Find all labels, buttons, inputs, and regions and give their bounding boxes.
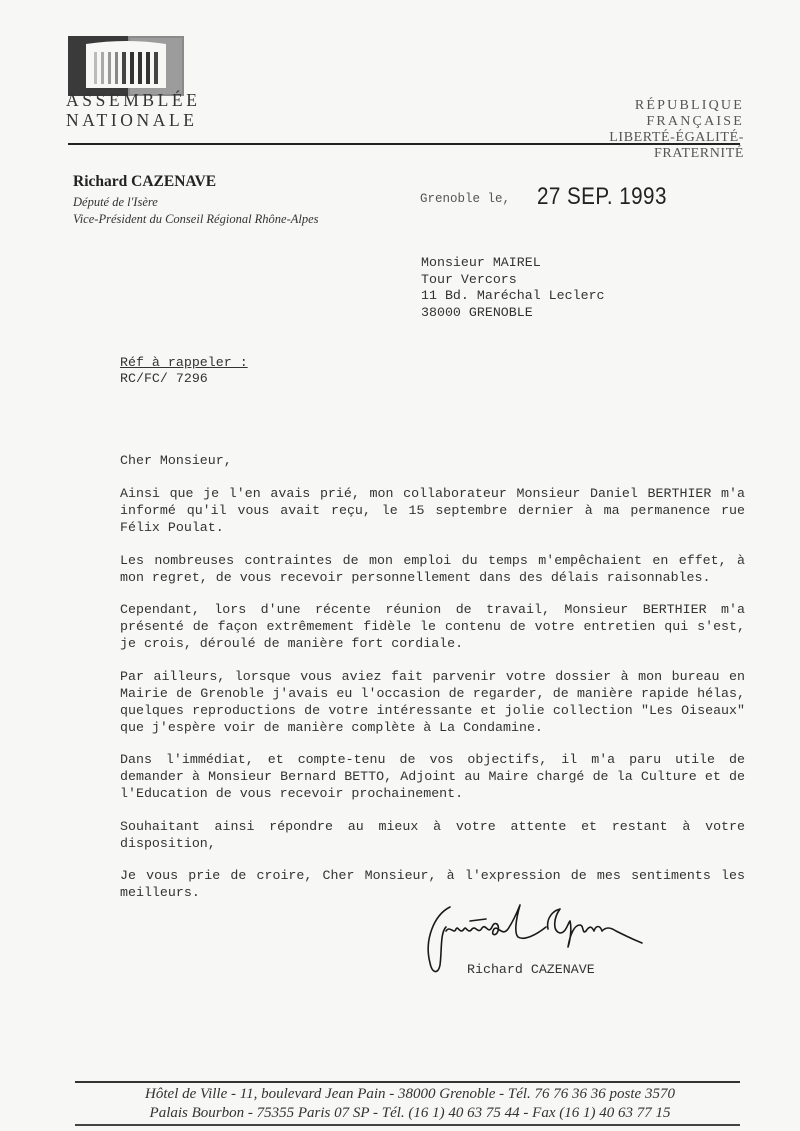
sender-name: Richard CAZENAVE (73, 173, 216, 191)
republique-line-2: LIBERTÉ-ÉGALITÉ-FRATERNITÉ (534, 130, 744, 162)
recipient-line: 38000 GRENOBLE (421, 305, 605, 322)
recipient-address: Monsieur MAIREL Tour Vercors 11 Bd. Maré… (421, 255, 605, 321)
date-stamp: 27 SEP. 1993 (537, 183, 667, 211)
sender-title-2: Vice-Président du Conseil Régional Rhône… (73, 212, 319, 227)
recipient-line: Monsieur MAIREL (421, 255, 605, 272)
assemblee-nationale-logo-icon (68, 36, 184, 96)
footer-line-1: Hôtel de Ville - 11, boulevard Jean Pain… (80, 1085, 740, 1104)
body-paragraph: Par ailleurs, lorsque vous aviez fait pa… (120, 668, 745, 736)
footer-divider-top (75, 1081, 740, 1083)
header-divider (68, 143, 740, 145)
body-paragraph: Dans l'immédiat, et compte-tenu de vos o… (120, 751, 745, 802)
recipient-line: 11 Bd. Maréchal Leclerc (421, 288, 605, 305)
salutation: Cher Monsieur, (120, 452, 745, 469)
body-paragraph: Cependant, lors d'une récente réunion de… (120, 601, 745, 652)
reference-label: Réf à rappeler : (120, 355, 248, 371)
signatory-name: Richard CAZENAVE (467, 962, 595, 977)
body-paragraph: Souhaitant ainsi répondre au mieux à vot… (120, 818, 745, 852)
logo-line-1: ASSEMBLÉE (66, 90, 196, 110)
footer-addresses: Hôtel de Ville - 11, boulevard Jean Pain… (80, 1085, 740, 1122)
body-paragraph: Les nombreuses contraintes de mon emploi… (120, 552, 745, 586)
body-paragraph: Ainsi que je l'en avais prié, mon collab… (120, 485, 745, 536)
footer-line-2: Palais Bourbon - 75355 Paris 07 SP - Tél… (80, 1104, 740, 1123)
date-place: Grenoble le, (420, 192, 510, 206)
footer-divider-bottom (75, 1124, 740, 1126)
logo-line-2: NATIONALE (66, 110, 196, 130)
republique-motto: RÉPUBLIQUE FRANÇAISE LIBERTÉ-ÉGALITÉ-FRA… (534, 98, 744, 162)
republique-line-1: RÉPUBLIQUE FRANÇAISE (534, 98, 744, 130)
logo-wordmark: ASSEMBLÉE NATIONALE (66, 90, 196, 130)
sender-title-1: Député de l'Isère (73, 195, 158, 210)
reference-value: RC/FC/ 7296 (120, 371, 248, 387)
recipient-line: Tour Vercors (421, 272, 605, 289)
letter-body: Cher Monsieur, Ainsi que je l'en avais p… (120, 452, 745, 917)
reference-block: Réf à rappeler : RC/FC/ 7296 (120, 355, 248, 387)
